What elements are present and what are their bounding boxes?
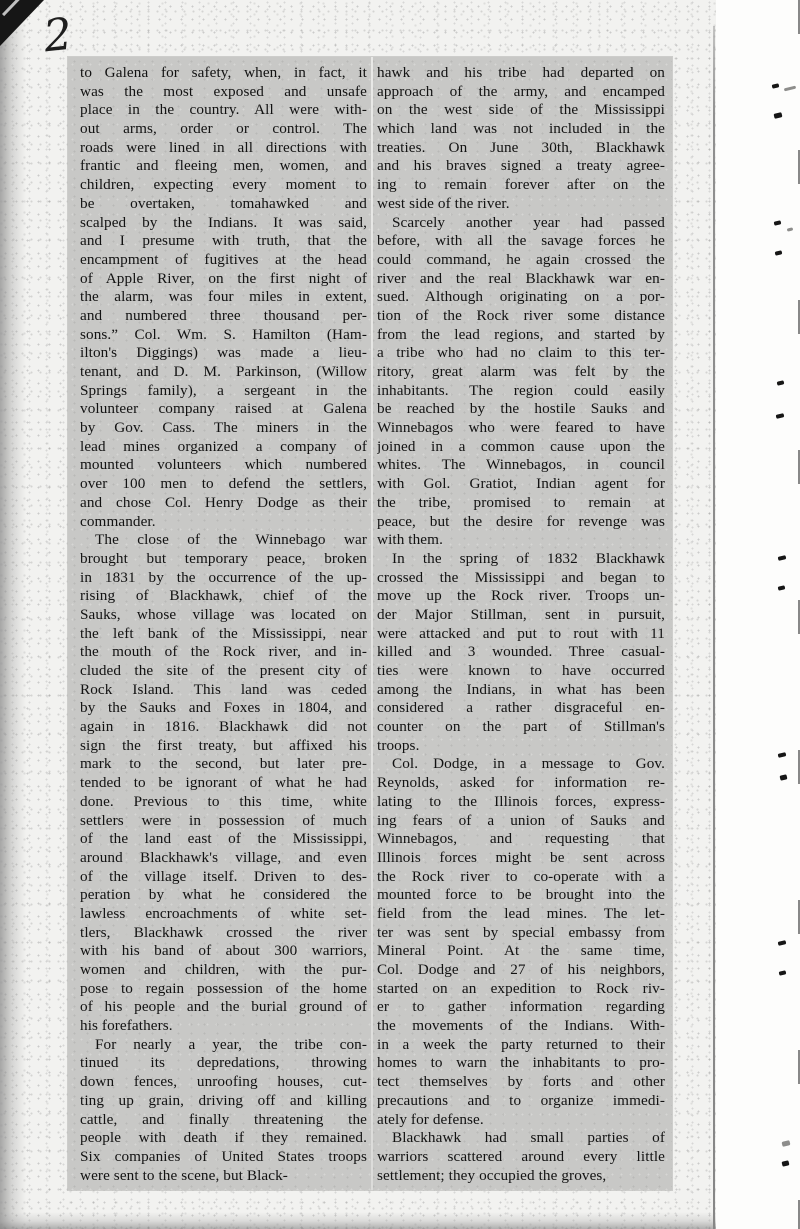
article-line: be overtaken, tomahawked and bbox=[80, 195, 367, 214]
article-line: the tribe, promised to remain at bbox=[377, 494, 665, 513]
article-line: scalped by the Indians. It was said, bbox=[80, 214, 367, 233]
article-line: of his people and the burial ground of bbox=[80, 998, 367, 1017]
article-line: by the Sauks and Foxes in 1804, and bbox=[80, 699, 367, 718]
article-line: peration by what he considered the bbox=[80, 886, 367, 905]
article-line: children, expecting every moment to bbox=[80, 176, 367, 195]
corner-fold-icon bbox=[0, 0, 44, 46]
article-line: mounted force to be brought into the bbox=[377, 886, 665, 905]
article-line: on the west side of the Mississippi bbox=[377, 101, 665, 120]
article-line: from the lead regions, and started by bbox=[377, 326, 665, 345]
page-edge-line bbox=[713, 26, 715, 1229]
article-line: over 100 men to defend the settlers, bbox=[80, 475, 367, 494]
article-line: were sent to the scene, but Black- bbox=[80, 1167, 367, 1186]
article-line: frantic and fleeing men, women, and bbox=[80, 157, 367, 176]
article-line: Rock Island. This land was ceded bbox=[80, 681, 367, 700]
article-line: der Major Stillman, sent in pursuit, bbox=[377, 606, 665, 625]
article-line: was the most exposed and unsafe bbox=[80, 83, 367, 102]
article-line: ately for defense. bbox=[377, 1111, 665, 1130]
article-line: sued. Although originating on a por- bbox=[377, 288, 665, 307]
article-line: Col. Dodge and 27 of his neighbors, bbox=[377, 961, 665, 980]
article-line: troops. bbox=[377, 737, 665, 756]
article-line: sign the first treaty, but affixed his bbox=[80, 737, 367, 756]
article-line: place in the country. All were with- bbox=[80, 101, 367, 120]
article-line: tion of the Rock river some distance bbox=[377, 307, 665, 326]
article-line: Blackhawk had small parties of bbox=[377, 1129, 665, 1148]
article-line: the movements of the Indians. With- bbox=[377, 1017, 665, 1036]
article-line: warriors scattered around every little bbox=[377, 1148, 665, 1167]
article-line: the left bank of the Mississippi, near bbox=[80, 625, 367, 644]
article-line: field from the lead mines. The let- bbox=[377, 905, 665, 924]
article-line: west side of the river. bbox=[377, 195, 665, 214]
article-line: of Apple River, on the first night of bbox=[80, 270, 367, 289]
scanned-page: 2 to Galena for safety, when, in fact, i… bbox=[0, 0, 800, 1229]
article-line: and numbered three thousand per- bbox=[80, 307, 367, 326]
article-line: with them. bbox=[377, 531, 665, 550]
article-line: ting up grain, driving off and killing bbox=[80, 1092, 367, 1111]
article-line: the Rock river to co-operate with a bbox=[377, 868, 665, 887]
article-line: Six companies of United States troops bbox=[80, 1148, 367, 1167]
article-line: cattle, and finally threatening the bbox=[80, 1111, 367, 1130]
article-line: ing fears of a union of Sauks and bbox=[377, 812, 665, 831]
article-line: settlement; they occupied the groves, bbox=[377, 1167, 665, 1186]
article-line: counter on the part of Stillman's bbox=[377, 718, 665, 737]
article-line: considered a rather disgraceful en- bbox=[377, 699, 665, 718]
article-line: Winnebagos, and requesting that bbox=[377, 830, 665, 849]
article-line: ing to remain forever after on the bbox=[377, 176, 665, 195]
article-line: down fences, unroofing houses, cut- bbox=[80, 1073, 367, 1092]
article-line: and I presume with truth, that the bbox=[80, 232, 367, 251]
article-line: be reached by the hostile Sauks and bbox=[377, 400, 665, 419]
article-line: For nearly a year, the tribe con- bbox=[80, 1036, 367, 1055]
article-column-right: hawk and his tribe had departed onapproa… bbox=[373, 64, 672, 1185]
article-line: The close of the Winnebago war bbox=[80, 531, 367, 550]
article-line: peace, but the desire for revenge was bbox=[377, 513, 665, 532]
article-line: cluded the site of the present city of bbox=[80, 662, 367, 681]
article-line: homes to warn the inhabitants to pro- bbox=[377, 1054, 665, 1073]
article-line: in a week the party returned to their bbox=[377, 1036, 665, 1055]
article-line: were attacked and put to rout with 11 bbox=[377, 625, 665, 644]
article-line: pose to regain possession of the home bbox=[80, 980, 367, 999]
article-line: Sauks, whose village was located on bbox=[80, 606, 367, 625]
article-column-left: to Galena for safety, when, in fact, itw… bbox=[68, 64, 371, 1185]
article-line: settlers were in possession of much bbox=[80, 812, 367, 831]
article-line: could command, he again crossed the bbox=[377, 251, 665, 270]
article-line: ties were known to have occurred bbox=[377, 662, 665, 681]
article-line: approach of the army, and encamped bbox=[377, 83, 665, 102]
article-line: done. Previous to this time, white bbox=[80, 793, 367, 812]
article-line: roads were lined in all directions with bbox=[80, 139, 367, 158]
article-line: treaties. On June 30th, Blackhawk bbox=[377, 139, 665, 158]
article-line: a tribe who had no claim to this ter- bbox=[377, 344, 665, 363]
article-line: precautions and to organize immedi- bbox=[377, 1092, 665, 1111]
article-line: in 1831 by the occurrence of the up- bbox=[80, 569, 367, 588]
article-line: In the spring of 1832 Blackhawk bbox=[377, 550, 665, 569]
article-line: encampment of fugitives at the head bbox=[80, 251, 367, 270]
article-line: lating to the Illinois forces, express- bbox=[377, 793, 665, 812]
article-line: move up the Rock river. Troops un- bbox=[377, 587, 665, 606]
page-left-edge-shade bbox=[0, 0, 26, 1229]
article-line: tlers, Blackhawk crossed the river bbox=[80, 924, 367, 943]
article-line: tended to be ignorant of what he had bbox=[80, 774, 367, 793]
article-line: the alarm, was four miles in extent, bbox=[80, 288, 367, 307]
article-line: Winnebagos who were feared to have bbox=[377, 419, 665, 438]
page-bottom-edge-shade bbox=[0, 1212, 800, 1229]
article-line: and chose Col. Henry Dodge as their bbox=[80, 494, 367, 513]
article-line: whites. The Winnebagos, in council bbox=[377, 456, 665, 475]
article-line: of the village itself. Driven to des- bbox=[80, 868, 367, 887]
article-line: women and children, with the pur- bbox=[80, 961, 367, 980]
article-line: er to gather information regarding bbox=[377, 998, 665, 1017]
article-line: lead mines organized a company of bbox=[80, 438, 367, 457]
article-line: ritory, great alarm was felt by the bbox=[377, 363, 665, 382]
article-line: crossed the Mississippi and began to bbox=[377, 569, 665, 588]
article-line: lawless encroachments of white set- bbox=[80, 905, 367, 924]
article-line: joined in a common cause upon the bbox=[377, 438, 665, 457]
article-line: people with death if they remained. bbox=[80, 1129, 367, 1148]
article-line: Scarcely another year had passed bbox=[377, 214, 665, 233]
article-line: ter was sent by special embassy from bbox=[377, 924, 665, 943]
article-line: the mouth of the Rock river, and in- bbox=[80, 643, 367, 662]
article-line: Illinois forces might be sent across bbox=[377, 849, 665, 868]
handwritten-page-number: 2 bbox=[42, 13, 74, 60]
article-line: commander. bbox=[80, 513, 367, 532]
article-line: before, with all the savage forces he bbox=[377, 232, 665, 251]
article-line: his forefathers. bbox=[80, 1017, 367, 1036]
article-line: hawk and his tribe had departed on bbox=[377, 64, 665, 83]
article-line: tenant, and D. M. Parkinson, (Willow bbox=[80, 363, 367, 382]
article-line: tinued its depredations, throwing bbox=[80, 1054, 367, 1073]
article-line: started on an expedition to Rock riv- bbox=[377, 980, 665, 999]
article-line: rising of Blackhawk, chief of the bbox=[80, 587, 367, 606]
article-line: to Galena for safety, when, in fact, it bbox=[80, 64, 367, 83]
article-line: killed and 3 wounded. Three casual- bbox=[377, 643, 665, 662]
article-line: with Gol. Gratiot, Indian agent for bbox=[377, 475, 665, 494]
article-line: with his band of about 300 warriors, bbox=[80, 942, 367, 961]
article-line: again in 1816. Blackhawk did not bbox=[80, 718, 367, 737]
article-line: sons.” Col. Wm. S. Hamilton (Ham- bbox=[80, 326, 367, 345]
article-line: of the land east of the Mississippi, bbox=[80, 830, 367, 849]
article-line: which land was not included in the bbox=[377, 120, 665, 139]
article-line: out arms, order or control. The bbox=[80, 120, 367, 139]
article-line: among the Indians, in what has been bbox=[377, 681, 665, 700]
scan-right-margin bbox=[716, 0, 800, 1229]
article-line: brought but temporary peace, broken bbox=[80, 550, 367, 569]
article-line: Reynolds, asked for information re- bbox=[377, 774, 665, 793]
newspaper-clipping: to Galena for safety, when, in fact, itw… bbox=[68, 57, 672, 1190]
article-line: mounted volunteers which numbered bbox=[80, 456, 367, 475]
article-line: inhabitants. The region could easily bbox=[377, 382, 665, 401]
article-line: and his braves signed a treaty agree- bbox=[377, 157, 665, 176]
article-line: volunteer company raised at Galena bbox=[80, 400, 367, 419]
article-line: mark to the second, but later pre- bbox=[80, 755, 367, 774]
article-line: tect themselves by forts and other bbox=[377, 1073, 665, 1092]
article-line: ilton's Diggings) was made a lieu- bbox=[80, 344, 367, 363]
article-line: by Gov. Cass. The miners in the bbox=[80, 419, 367, 438]
article-line: Col. Dodge, in a message to Gov. bbox=[377, 755, 665, 774]
article-line: Springs family), a sergeant in the bbox=[80, 382, 367, 401]
article-line: Mineral Point. At the same time, bbox=[377, 942, 665, 961]
article-line: around Blackhawk's village, and even bbox=[80, 849, 367, 868]
article-line: river and the real Blackhawk war en- bbox=[377, 270, 665, 289]
